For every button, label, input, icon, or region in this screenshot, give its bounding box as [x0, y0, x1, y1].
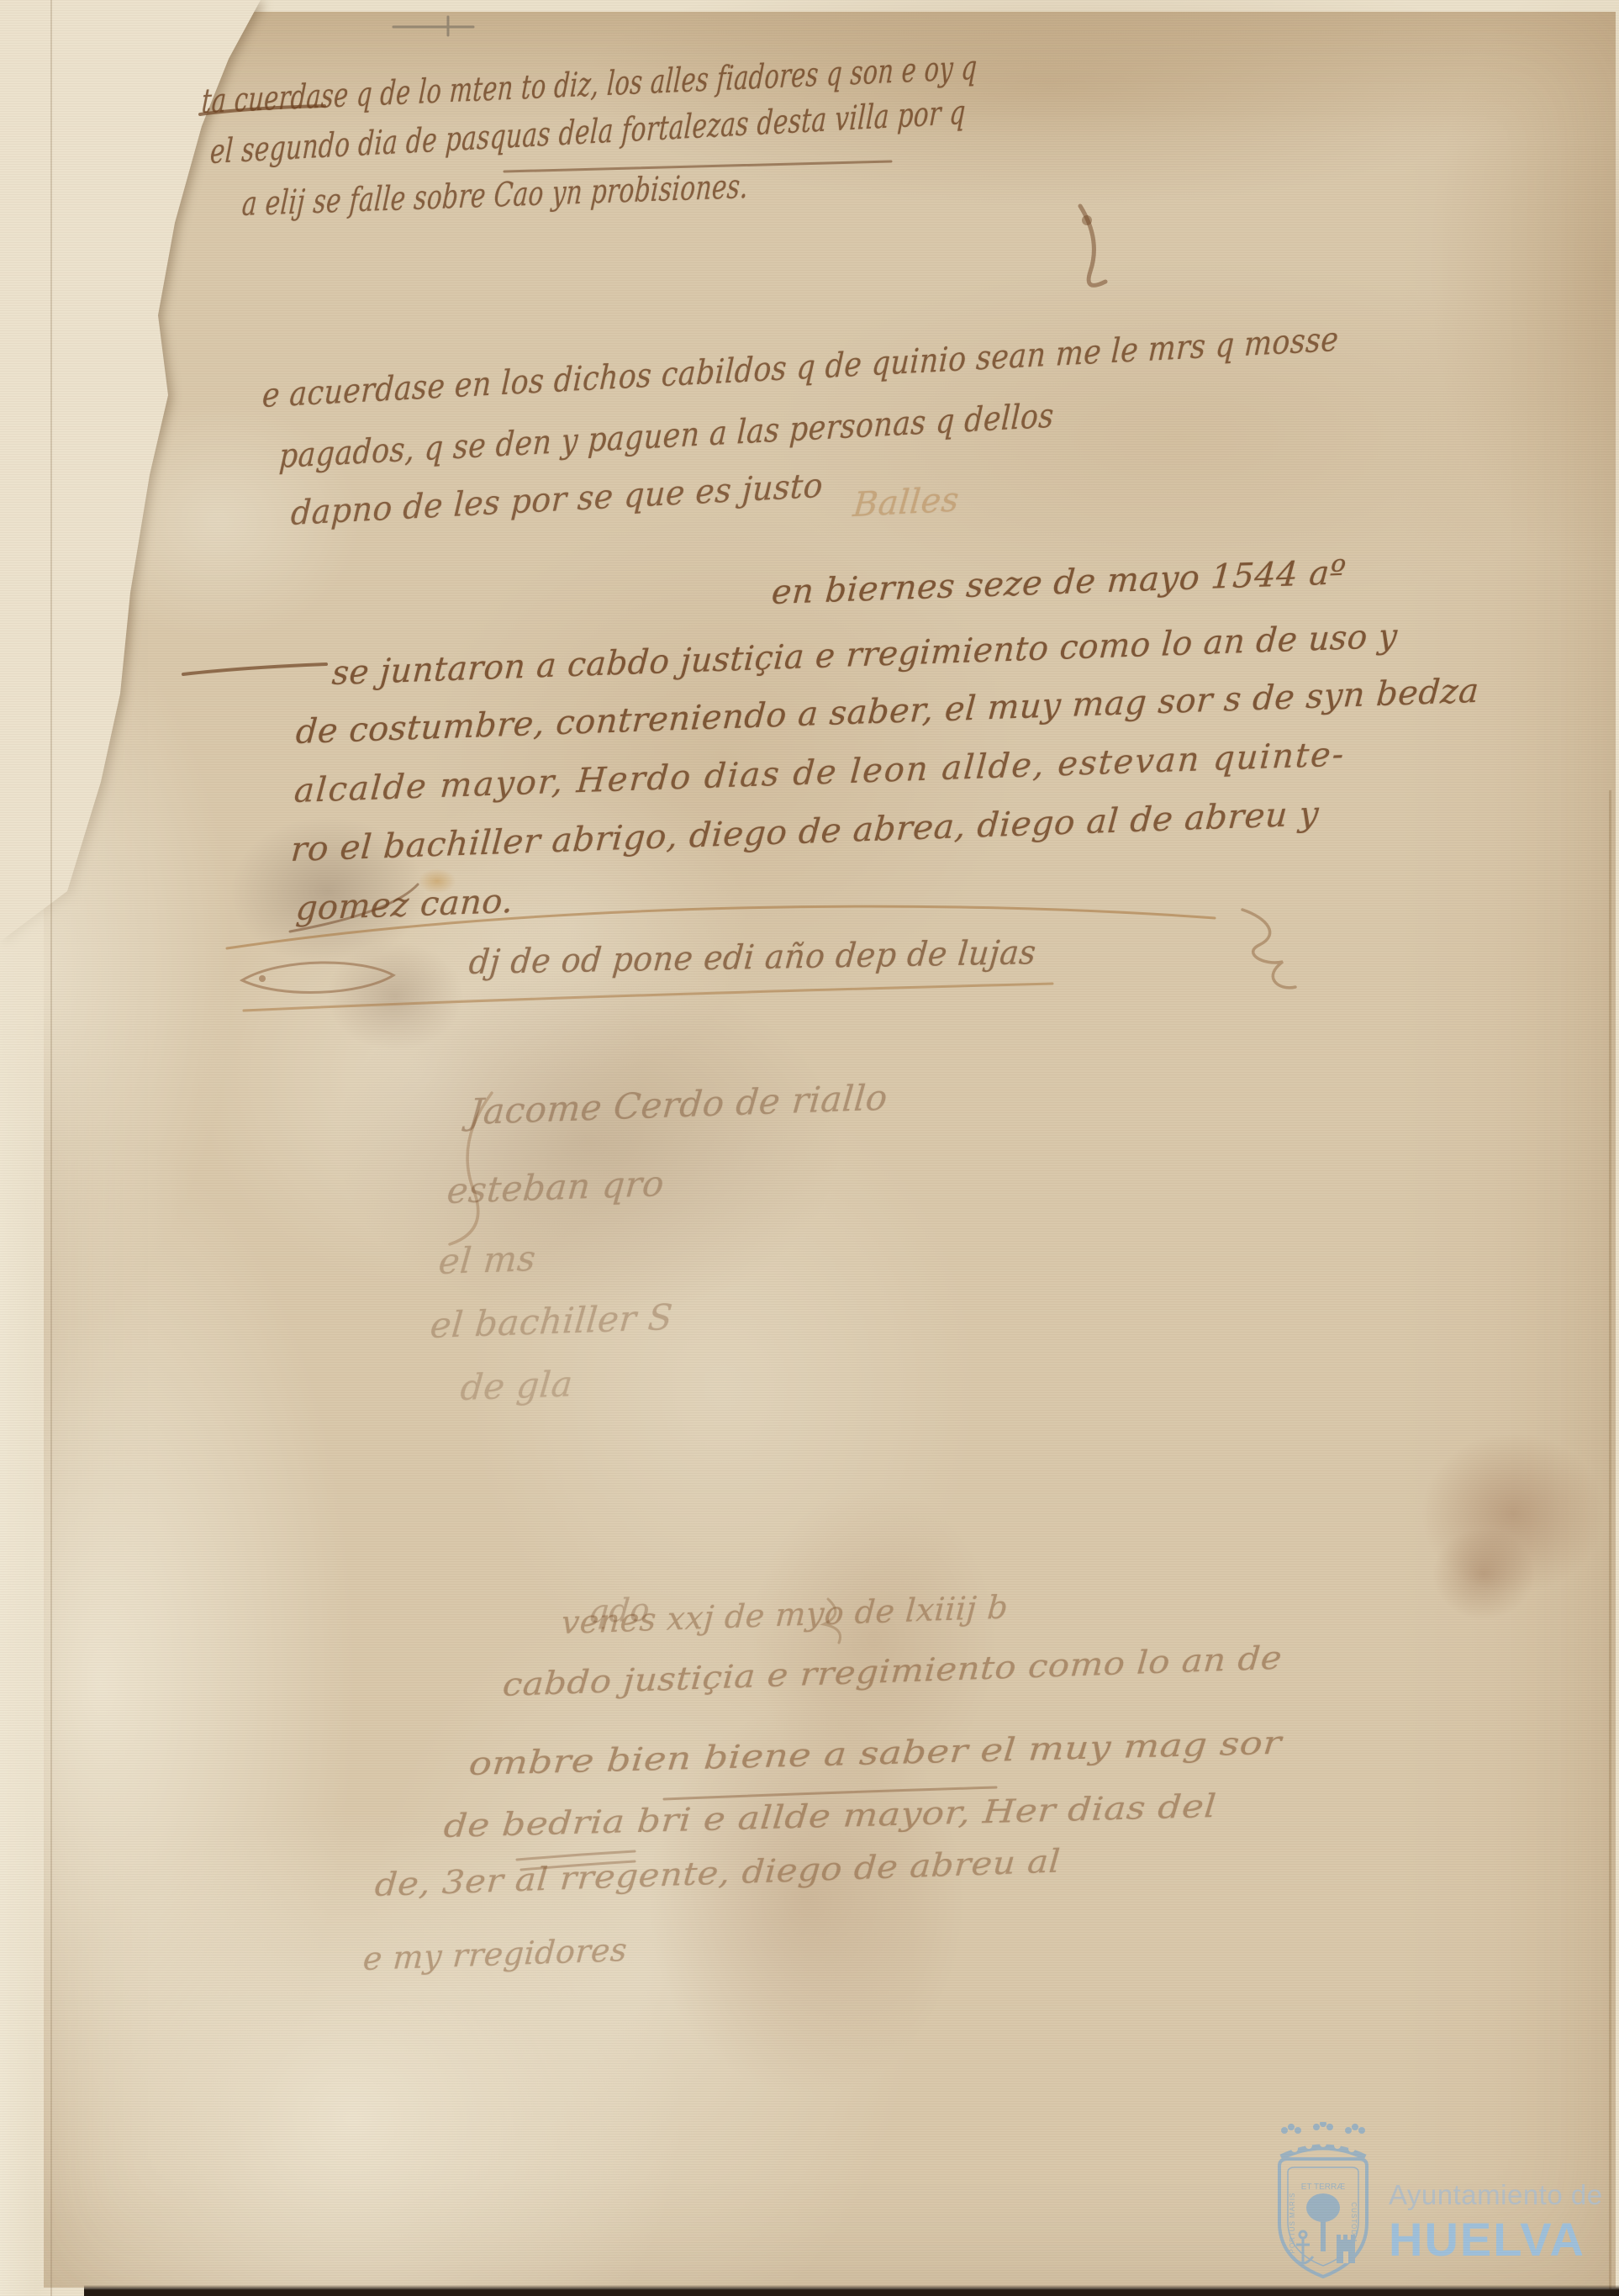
page-right-edge-line: [1609, 790, 1611, 2296]
crest-motto-top: ET TERRÆ: [1301, 2183, 1345, 2192]
tree-icon: [1306, 2193, 1340, 2251]
torn-corner-wrapper: [0, 0, 1619, 2296]
huelva-crest-icon: ET TERRÆ PORTUS MARIS CUSTODIA: [1269, 2122, 1377, 2283]
torn-edge-area: [0, 0, 1619, 2296]
scan-edge-shadow: [84, 2285, 1619, 2296]
crest-motto-left: PORTUS MARIS: [1289, 2193, 1296, 2254]
crown-icon: [1281, 2122, 1365, 2157]
attendee-name: el ms: [437, 1238, 538, 1282]
attendee-name: esteban qro: [446, 1163, 666, 1211]
watermark-text: Ayuntamiento de HUELVA: [1389, 2179, 1603, 2267]
attendee-name: el bachiller S: [429, 1296, 675, 1346]
attendee-name: de gla: [459, 1363, 575, 1408]
manuscript-note: Balles: [852, 480, 961, 525]
huelva-watermark: ET TERRÆ PORTUS MARIS CUSTODIA Ayuntamie…: [1269, 2119, 1614, 2291]
watermark-org-name: HUELVA: [1389, 2212, 1603, 2267]
manuscript-line: gomez cano.: [294, 882, 514, 928]
page-crease: [50, 0, 52, 2296]
tower-icon: [1337, 2235, 1355, 2263]
manuscript-scan: ta cuerdase q de lo mten to diz, los all…: [0, 0, 1619, 2296]
watermark-org-prefix: Ayuntamiento de: [1389, 2179, 1603, 2211]
